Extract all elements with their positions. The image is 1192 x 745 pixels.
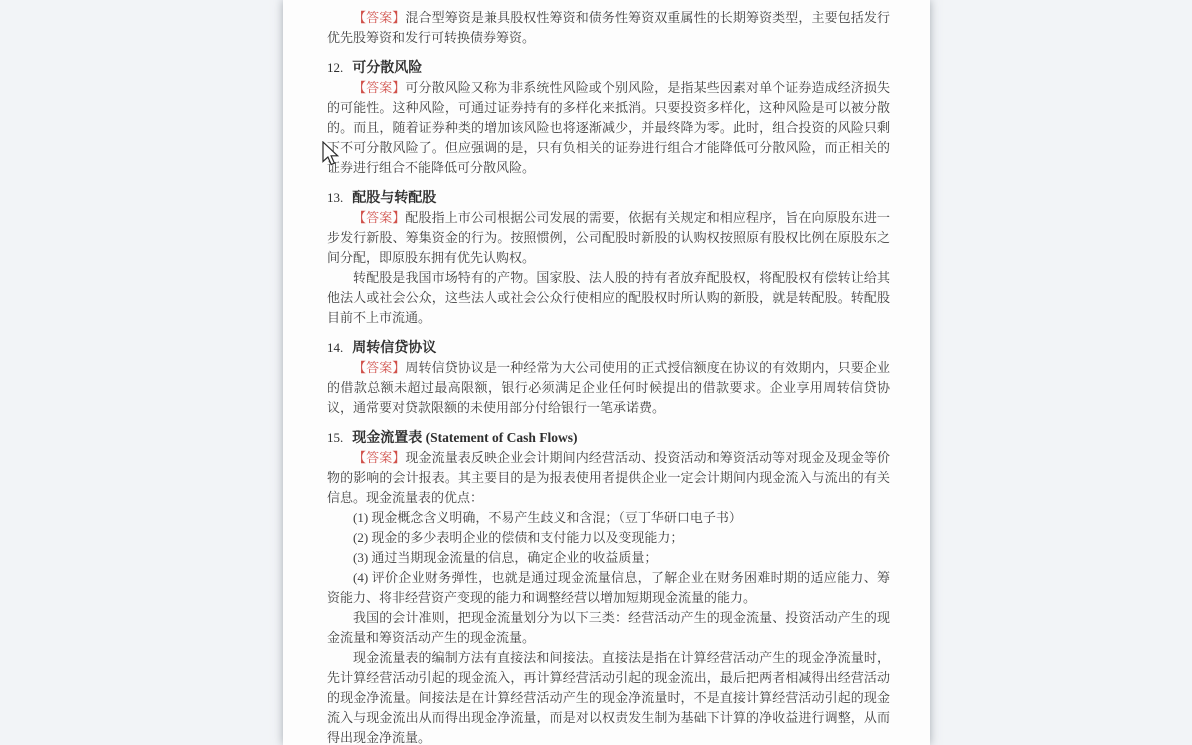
list-item-1: (1) 现金概念含义明确，不易产生歧义和含混；（豆丁华研口电子书） [327, 508, 890, 528]
paragraph-13-2: 转配股是我国市场特有的产物。国家股、法人股的持有者放弃配股权，将配股权有偿转让给… [327, 268, 890, 328]
answer-label: 【答案】 [353, 360, 405, 375]
answer-paragraph-12: 【答案】可分散风险又称为非系统性风险或个别风险，是指某些因素对单个证券造成经济损… [327, 78, 890, 178]
list-item-3: (3) 通过当期现金流量的信息，确定企业的收益质量； [327, 548, 890, 568]
paragraph-text: 周转信贷协议是一种经常为大公司使用的正式授信额度在协议的有效期内，只要企业的借款… [327, 360, 890, 415]
item-15-heading: 15.现金流置表 (Statement of Cash Flows) [327, 427, 890, 448]
item-12-title: 可分散风险 [352, 59, 422, 75]
answer-label: 【答案】 [353, 450, 405, 465]
answer-paragraph-11: 【答案】混合型筹资是兼具股权性筹资和债务性筹资双重属性的长期筹资类型，主要包括发… [327, 8, 890, 48]
list-item-2: (2) 现金的多少表明企业的偿债和支付能力以及变现能力； [327, 528, 890, 548]
item-12-heading: 12.可分散风险 [327, 57, 890, 78]
item-14-heading: 14.周转信贷协议 [327, 337, 890, 358]
answer-paragraph-14: 【答案】周转信贷协议是一种经常为大公司使用的正式授信额度在协议的有效期内，只要企… [327, 358, 890, 418]
paragraph-15-2: 我国的会计准则，把现金流量划分为以下三类：经营活动产生的现金流量、投资活动产生的… [327, 608, 890, 648]
answer-label: 【答案】 [353, 10, 405, 25]
item-14-number: 14. [327, 340, 343, 355]
item-15-title-english: (Statement of Cash Flows) [422, 430, 577, 445]
item-13-heading: 13.配股与转配股 [327, 187, 890, 208]
item-12-number: 12. [327, 60, 343, 75]
paragraph-text: 配股指上市公司根据公司发展的需要，依据有关规定和相应程序，旨在向原股东进一步发行… [327, 210, 890, 265]
answer-label: 【答案】 [353, 210, 405, 225]
item-13-title: 配股与转配股 [352, 189, 436, 205]
paragraph-text: 现金流量表反映企业会计期间内经营活动、投资活动和筹资活动等对现金及现金等价物的影… [327, 450, 890, 505]
item-15-number: 15. [327, 430, 343, 445]
paragraph-text: 混合型筹资是兼具股权性筹资和债务性筹资双重属性的长期筹资类型，主要包括发行优先股… [327, 10, 890, 45]
answer-paragraph-13: 【答案】配股指上市公司根据公司发展的需要，依据有关规定和相应程序，旨在向原股东进… [327, 208, 890, 268]
answer-label: 【答案】 [353, 80, 405, 95]
item-14-title: 周转信贷协议 [352, 339, 436, 355]
document-text: 【答案】混合型筹资是兼具股权性筹资和债务性筹资双重属性的长期筹资类型，主要包括发… [327, 8, 890, 745]
list-item-4: (4) 评价企业财务弹性，也就是通过现金流量信息，了解企业在财务困难时期的适应能… [327, 568, 890, 608]
answer-paragraph-15: 【答案】现金流量表反映企业会计期间内经营活动、投资活动和筹资活动等对现金及现金等… [327, 448, 890, 508]
viewer-background: { "colors": { "background": "#f2f4f7", "… [0, 0, 1192, 745]
document-page[interactable]: 【答案】混合型筹资是兼具股权性筹资和债务性筹资双重属性的长期筹资类型，主要包括发… [283, 0, 930, 745]
paragraph-text: 可分散风险又称为非系统性风险或个别风险，是指某些因素对单个证券造成经济损失的可能… [327, 80, 890, 175]
paragraph-15-3: 现金流量表的编制方法有直接法和间接法。直接法是指在计算经营活动产生的现金净流量时… [327, 648, 890, 745]
item-15-title: 现金流置表 [352, 429, 422, 445]
item-13-number: 13. [327, 190, 343, 205]
